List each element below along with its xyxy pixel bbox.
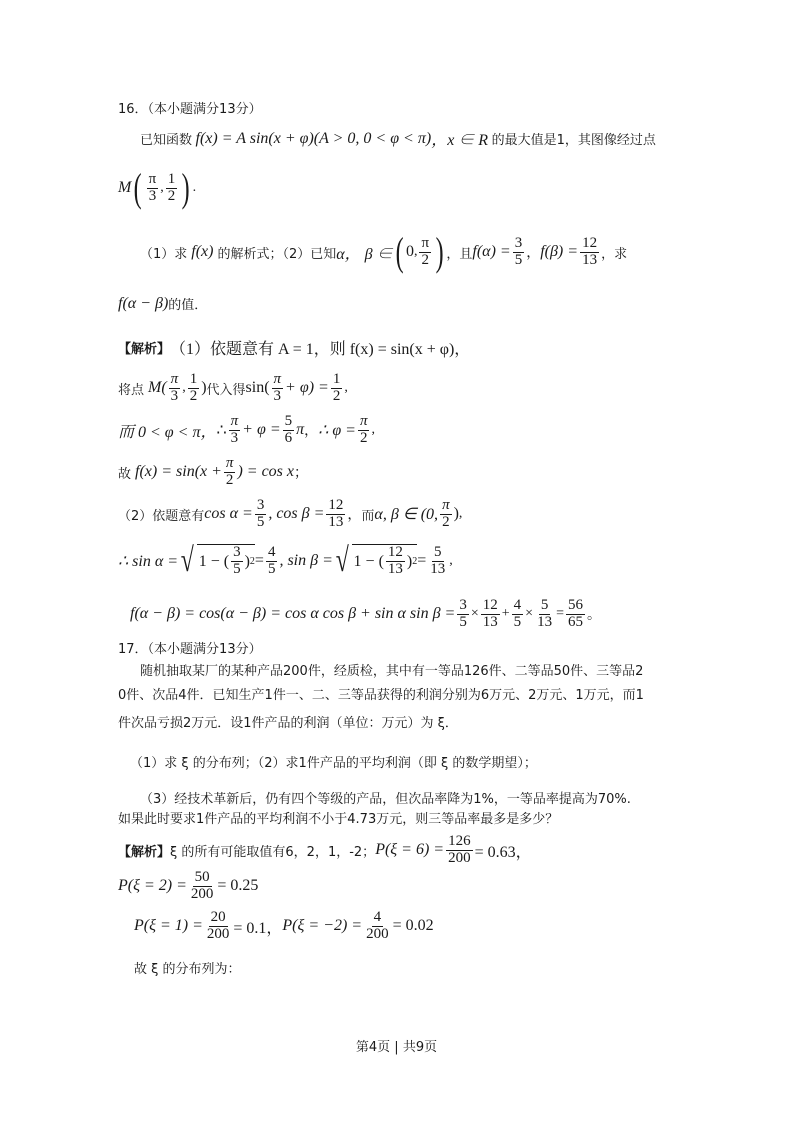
q17-parts-l3: 如果此时要求1件产品的平均利润不小于4.73万元，则三等品率最多是多少？ — [118, 808, 558, 827]
q17-parts-l2: （3）经技术革新后，仍有四个等级的产品，但次品率降为1%，一等品率提高为70%. — [140, 788, 631, 807]
q17-distribution-label: 故 ξ 的分布列为： — [134, 958, 241, 977]
q16-solution-l5: （2）依题意有 cos α =35, cos β =1213，而α, β ∈ (… — [118, 498, 462, 531]
point-label: M — [118, 179, 131, 197]
fraction: π3 — [147, 172, 159, 205]
fraction: 12 — [166, 172, 178, 205]
q16-solution-l3: 而 0 < φ < π， ∴π3+ φ = 56π，∴ φ = π2, — [118, 414, 375, 447]
stem-prefix: 已知函数 — [140, 129, 192, 148]
page-footer: 第4页 | 共9页 — [0, 1036, 793, 1055]
q17-stem-l2: 0件、次品4件．已知生产1件一、二、三等品获得的利润分别为6万元、2万元、1万元… — [118, 684, 644, 703]
q16-parts: （1）求 f(x) 的解析式；（2）已知 α， β ∈ ( 0, π2 ) ，且… — [140, 232, 627, 272]
q17-solution-l1: 【解析】 ξ 的所有可能取值有6，2，1，-2； P(ξ = 6) = 1262… — [118, 834, 532, 867]
q17-header: 17．（本小题满分13分） — [118, 638, 262, 657]
alpha-beta: α， β ∈ — [336, 241, 392, 264]
q17-solution-p1-pm2: P(ξ = 1) = 20200 = 0.1， P(ξ = −2) = 4200… — [134, 910, 434, 943]
q16-solution-l1: 【解析】 （1）依题意有 A = 1，则 f(x) = sin(x + φ)， — [118, 336, 470, 359]
stem-suffix: 的最大值是1，其图像经过点 — [492, 129, 656, 148]
q16-ask-line2: f(α − β) 的值． — [118, 294, 207, 313]
solution-tag: 【解析】 — [118, 841, 170, 860]
q16-solution-l7: f(α − β) = cos(α − β) = cos α cos β + si… — [130, 598, 601, 631]
q16-stem: 已知函数 f(x) = A sin(x + φ)(A > 0, 0 < φ < … — [140, 127, 656, 150]
q16-solution-l4: 故 f(x) = sin(x +π2) = cos x； — [118, 456, 308, 489]
q17-parts-l1: （1）求 ξ 的分布列；（2）求1件产品的平均利润（即 ξ 的数学期望）； — [130, 752, 537, 771]
stem-function: f(x) = A sin(x + φ)(A > 0, 0 < φ < π) — [196, 130, 432, 148]
q16-solution-l6: ∴ sin α = √1 − (35)2 =45, sin β = √1 − (… — [118, 544, 453, 578]
stem-domain: ，x ∈ R — [431, 127, 488, 150]
q17-stem-l3: 件次品亏损2万元．设1件产品的利润（单位：万元）为 ξ． — [118, 712, 458, 731]
q16-header: 16．（本小题满分13分） — [118, 98, 262, 117]
q17-solution-p2: P(ξ = 2) = 50200 = 0.25 — [118, 870, 258, 903]
part1-label: （1）求 — [140, 243, 187, 262]
solution-tag: 【解析】 — [118, 338, 170, 357]
q17-stem-l1: 随机抽取某厂的某种产品200件，经质检，其中有一等品126件、二等品50件、三等… — [140, 660, 643, 679]
part2-label: 的解析式；（2）已知 — [217, 243, 336, 262]
q16-point: M ( π3, 12 ). — [118, 168, 196, 208]
result-fraction: 5665 — [566, 598, 585, 631]
q16-solution-l2: 将点 M(π3,12) 代入得 sin(π3+ φ) = 12, — [118, 372, 348, 405]
